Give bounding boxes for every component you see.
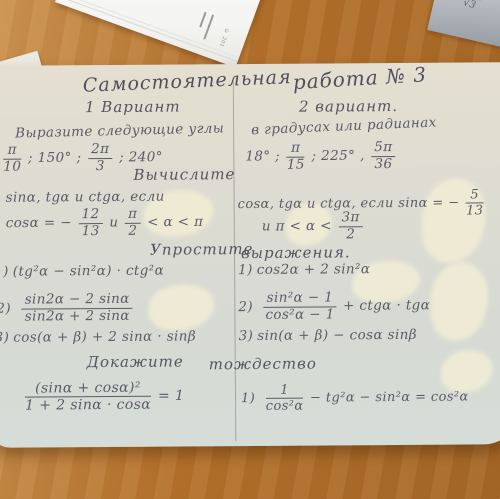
simplify-right-item3: 3)sin(α + β) − cosα sinβ [239, 327, 418, 344]
fragment-formula: √3 [459, 0, 480, 12]
prove-right-identity: 1) 1cos²α − tg²α − sin²α = cos²α [241, 382, 469, 413]
worksheet-paper: Самостоятельная работа № 3 1 Вариант 2 в… [0, 62, 500, 448]
whiteout-patch [148, 284, 214, 330]
desk-surface: © 201 √3 Самостоятельная работа № 3 1 Ва… [0, 0, 500, 499]
express-values-right: 18° ; π15 ; 225° , 5π36 [245, 141, 397, 172]
tiny-print-lines [196, 12, 214, 40]
simplify-header-left: Упростите [150, 240, 254, 259]
express-prompt-right: в градусах или радианах [251, 114, 437, 138]
express-prompt-left: Выразите следующие углы [15, 120, 224, 141]
prove-header-left: Докажите [87, 352, 184, 371]
calc-right-line2: и π < α < 3π2 [262, 211, 365, 242]
column-divider-line [233, 78, 237, 441]
prove-header-right: тождество [209, 355, 317, 374]
page-title-part1: Самостоятельная [82, 66, 292, 97]
fraction: (sinα + cosα)²1 + 2 sinα · cosα [25, 381, 151, 413]
simplify-right-item1: 1)cos2α + 2 sin²α [238, 261, 370, 278]
calc-left-line1: sinα, tgα и ctgα, если [6, 189, 165, 206]
printed-paper-sheet: © 201 [55, 0, 290, 68]
notebook-corner-fragment: √3 [427, 0, 500, 49]
fraction: sin2α − 2 sinαsin2α + 2 sinα [22, 293, 133, 324]
simplify-left-item2: 2) sin2α − 2 sinαsin2α + 2 sinα [0, 293, 135, 324]
copyright-text: © 201 [218, 28, 230, 49]
prove-left-identity: (sinα + cosα)²1 + 2 sinα · cosα = 1 [23, 380, 184, 412]
fraction: π2 [125, 208, 140, 238]
fraction: 3π2 [338, 211, 362, 241]
fraction: sin²α − 1cos²α − 1 [264, 291, 337, 322]
variant2-label: 2 вариант. [299, 97, 398, 116]
page-title-part2: работа № 3 [292, 62, 427, 94]
calc-left-line2: cosα = − 1213 и π2 < α < π [6, 207, 204, 238]
calc-header: Вычислите [133, 165, 235, 184]
paper-edge-line [57, 0, 238, 62]
simplify-right-item2: 2) sin²α − 1cos²α − 1 + ctgα · tgα [238, 291, 430, 322]
fraction: 1cos²α [266, 384, 304, 413]
fraction: 5π36 [371, 141, 395, 171]
print-line [199, 12, 206, 28]
whiteout-patch [430, 262, 489, 340]
simplify-left-item1: 1)(tg²α − sin²α) · ctg²α [0, 263, 164, 280]
fraction: 1213 [79, 208, 103, 238]
simplify-header-right: выражения. [241, 243, 351, 262]
variant1-label: 1 Вариант [85, 97, 181, 116]
fraction: π10 [3, 144, 21, 174]
fraction: 2π3 [88, 143, 112, 173]
fraction: π15 [287, 142, 305, 172]
simplify-left-item3: 3)cos(α + β) + 2 sinα · sinβ [0, 328, 196, 345]
fraction: 513 [466, 188, 484, 217]
print-line [203, 15, 214, 40]
